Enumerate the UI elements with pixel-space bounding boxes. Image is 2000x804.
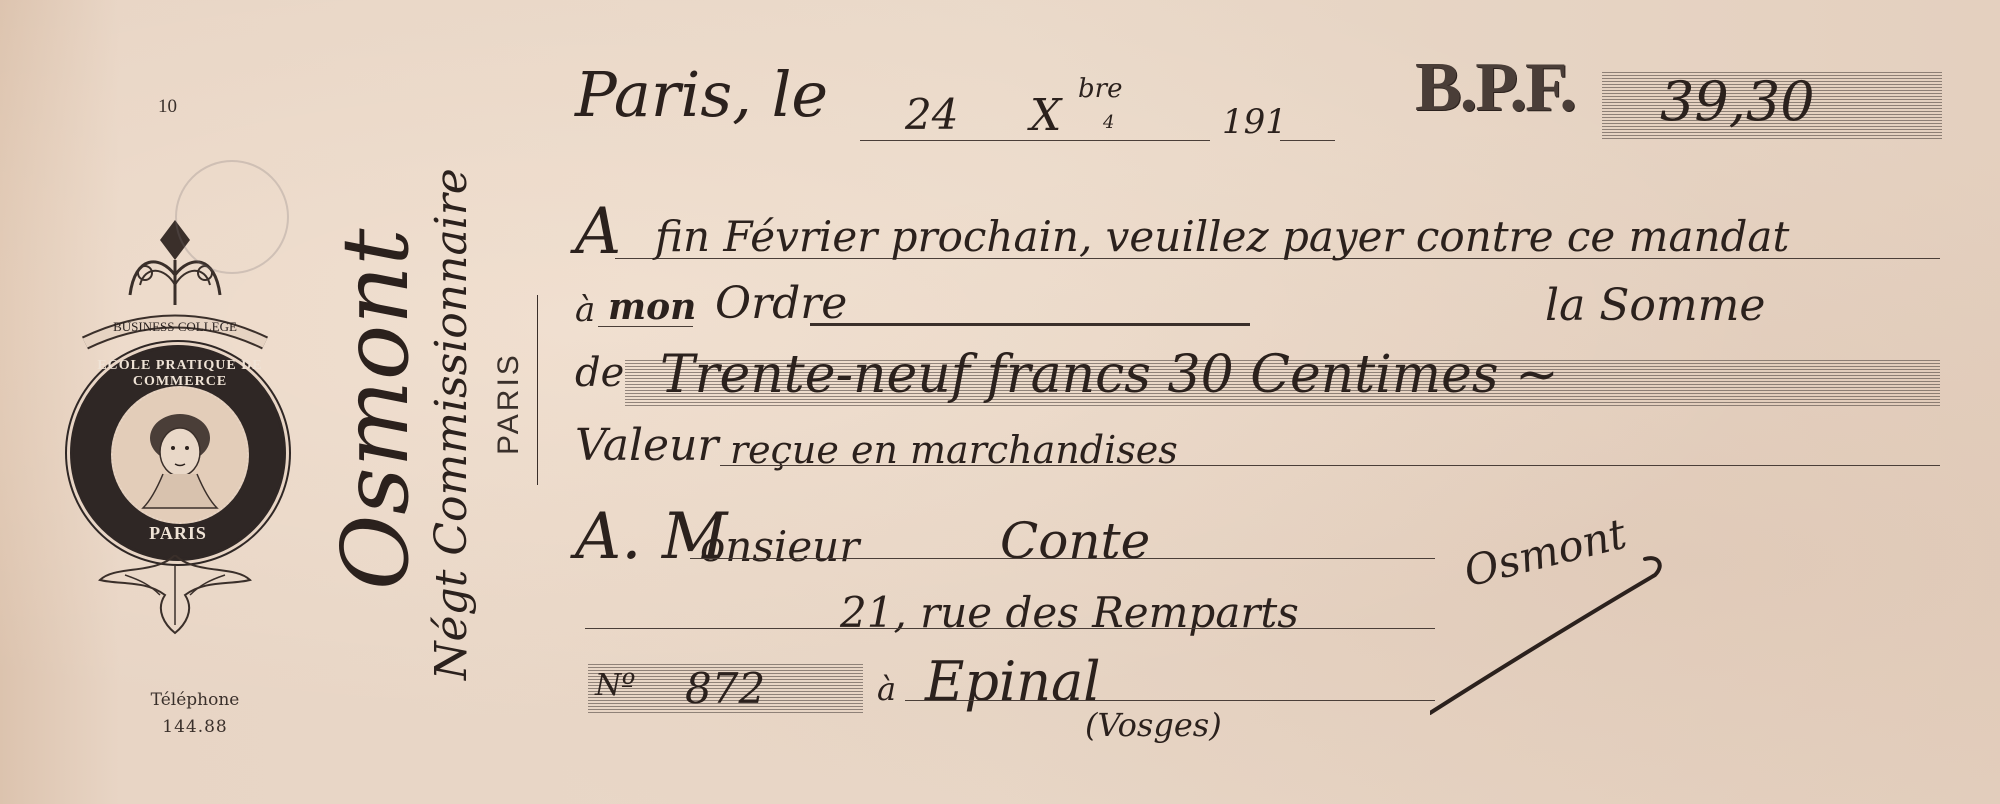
date-year-prefix: 191 xyxy=(1222,102,1287,142)
bill-of-exchange-document: 10 BUSINESS COLLEGE ECOLE PRATIQUE DE CO… xyxy=(0,0,2000,804)
faint-stamp xyxy=(175,160,289,274)
issuer-city: PARIS xyxy=(492,352,526,455)
line2-filled: mon xyxy=(608,286,696,328)
bill-number: 872 xyxy=(685,664,765,713)
line1-text: fin Février prochain, veuillez payer con… xyxy=(655,212,1789,261)
issuer-divider xyxy=(537,295,538,485)
date-day: 24 xyxy=(905,90,958,139)
addressee-salutation-rest: onsieur xyxy=(700,522,859,571)
city-prefix: à xyxy=(877,670,896,708)
number-label: Nº xyxy=(595,668,635,703)
date-year-line xyxy=(1280,140,1335,141)
place-prefix: Paris, le xyxy=(575,58,828,131)
telephone-number: 144.88 xyxy=(120,717,270,737)
line3-prefix: de xyxy=(575,350,624,396)
emblem-ribbon: BUSINESS COLLEGE xyxy=(75,305,275,350)
line2-suffix: la Somme xyxy=(1545,280,1765,331)
date-month: X xyxy=(1030,90,1061,141)
amount-words: Trente-neuf francs 30 Centimes ~ xyxy=(660,345,1559,405)
addressee-name: Conte xyxy=(1000,512,1150,570)
date-month-line xyxy=(1090,140,1210,141)
addressee-name-rule xyxy=(690,558,1435,559)
school-emblem: BUSINESS COLLEGE ECOLE PRATIQUE DE COMME… xyxy=(55,215,295,635)
signature-flourish-icon xyxy=(1430,545,1670,725)
addressee-region: (Vosges) xyxy=(1085,706,1222,744)
addressee-address: 21, rue des Remparts xyxy=(840,588,1299,637)
addressee-city: Epinal xyxy=(925,650,1101,713)
emblem-medallion: ECOLE PRATIQUE DE COMMERCE PARIS xyxy=(70,345,286,561)
line2-prefix: à xyxy=(575,290,595,330)
address-rule xyxy=(585,628,1435,629)
line2-label: Ordre xyxy=(715,278,847,329)
currency-label: B.P.F. xyxy=(1415,48,1575,128)
city-rule xyxy=(905,700,1435,701)
acanthus-flourish-icon xyxy=(95,555,255,635)
emblem-paris-text: PARIS xyxy=(73,523,283,544)
date-month-mark: 4 xyxy=(1103,112,1114,133)
amount-figures: 39,30 xyxy=(1660,70,1815,133)
portrait-medallion-icon xyxy=(111,386,249,524)
line4-rule xyxy=(720,465,1940,466)
ribbon-text: BUSINESS COLLEGE xyxy=(75,319,275,335)
form-number: 10 xyxy=(158,96,177,118)
issuer-name: Osmont xyxy=(330,229,422,591)
order-line[interactable] xyxy=(810,323,1250,326)
date-month-superscript: bre xyxy=(1078,74,1122,104)
issuer-title: Négt Commissionnaire xyxy=(430,168,474,680)
line4-label: Valeur xyxy=(575,420,718,471)
telephone-label: Téléphone xyxy=(120,690,270,710)
